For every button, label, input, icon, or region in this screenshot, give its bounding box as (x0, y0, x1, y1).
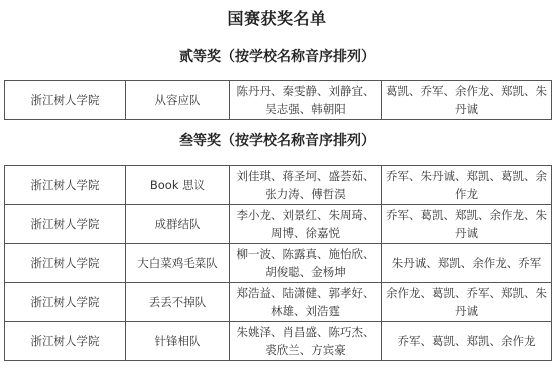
team-cell: 大白菜鸡毛菜队 (126, 244, 230, 283)
advisors-cell: 乔军、朱丹诚、郑凯、葛凯、余作龙 (382, 166, 552, 205)
advisors-cell: 葛凯、乔军、余作龙、郑凯、朱丹诚 (382, 81, 552, 120)
members-cell: 陈丹丹、秦雯静、刘静宜、吴志强、韩朝阳 (230, 81, 382, 120)
members-cell: 刘佳琪、蒋圣坷、盛荟茹、张力涛、傅哲淏 (230, 166, 382, 205)
team-cell: Book 思议 (126, 166, 230, 205)
table-row: 浙江树人学院 从容应队 陈丹丹、秦雯静、刘静宜、吴志强、韩朝阳 葛凯、乔军、余作… (5, 81, 552, 120)
school-cell: 浙江树人学院 (5, 244, 126, 283)
members-cell: 郑浩益、陆潇健、郭孝好、林雄、刘浩霆 (230, 283, 382, 322)
members-cell: 朱姚泽、肖昌盛、陈巧杰、裘欣兰、方宾豪 (230, 322, 382, 361)
page-title: 国赛获奖名单 (0, 6, 554, 29)
school-cell: 浙江树人学院 (5, 283, 126, 322)
advisors-cell: 乔军、葛凯、郑凯、余作龙、朱丹诚 (382, 205, 552, 244)
team-cell: 从容应队 (126, 81, 230, 120)
school-cell: 浙江树人学院 (5, 322, 126, 361)
advisors-cell: 乔军、葛凯、郑凯、余作龙 (382, 322, 552, 361)
school-cell: 浙江树人学院 (5, 81, 126, 120)
table-row: 浙江树人学院 Book 思议 刘佳琪、蒋圣坷、盛荟茹、张力涛、傅哲淏 乔军、朱丹… (5, 166, 552, 205)
second-prize-table: 浙江树人学院 从容应队 陈丹丹、秦雯静、刘静宜、吴志强、韩朝阳 葛凯、乔军、余作… (4, 80, 552, 120)
section-heading-second-prize: 贰等奖（按学校名称音序排列） (0, 46, 554, 66)
table-row: 浙江树人学院 丢丢不掉队 郑浩益、陆潇健、郭孝好、林雄、刘浩霆 余作龙、葛凯、乔… (5, 283, 552, 322)
advisors-cell: 余作龙、葛凯、乔军、郑凯、朱丹诚 (382, 283, 552, 322)
team-cell: 丢丢不掉队 (126, 283, 230, 322)
third-prize-table: 浙江树人学院 Book 思议 刘佳琪、蒋圣坷、盛荟茹、张力涛、傅哲淏 乔军、朱丹… (4, 165, 552, 361)
members-cell: 柳一波、陈露真、施怡欣、胡俊聪、金杨坤 (230, 244, 382, 283)
table-row: 浙江树人学院 大白菜鸡毛菜队 柳一波、陈露真、施怡欣、胡俊聪、金杨坤 朱丹诚、郑… (5, 244, 552, 283)
table-row: 浙江树人学院 成群结队 李小龙、刘景红、朱周琦、周博、徐嘉悦 乔军、葛凯、郑凯、… (5, 205, 552, 244)
team-cell: 针锋相队 (126, 322, 230, 361)
team-cell: 成群结队 (126, 205, 230, 244)
school-cell: 浙江树人学院 (5, 166, 126, 205)
advisors-cell: 朱丹诚、郑凯、余作龙、乔军 (382, 244, 552, 283)
section-heading-third-prize: 叁等奖（按学校名称音序排列） (0, 130, 554, 150)
members-cell: 李小龙、刘景红、朱周琦、周博、徐嘉悦 (230, 205, 382, 244)
school-cell: 浙江树人学院 (5, 205, 126, 244)
table-row: 浙江树人学院 针锋相队 朱姚泽、肖昌盛、陈巧杰、裘欣兰、方宾豪 乔军、葛凯、郑凯… (5, 322, 552, 361)
